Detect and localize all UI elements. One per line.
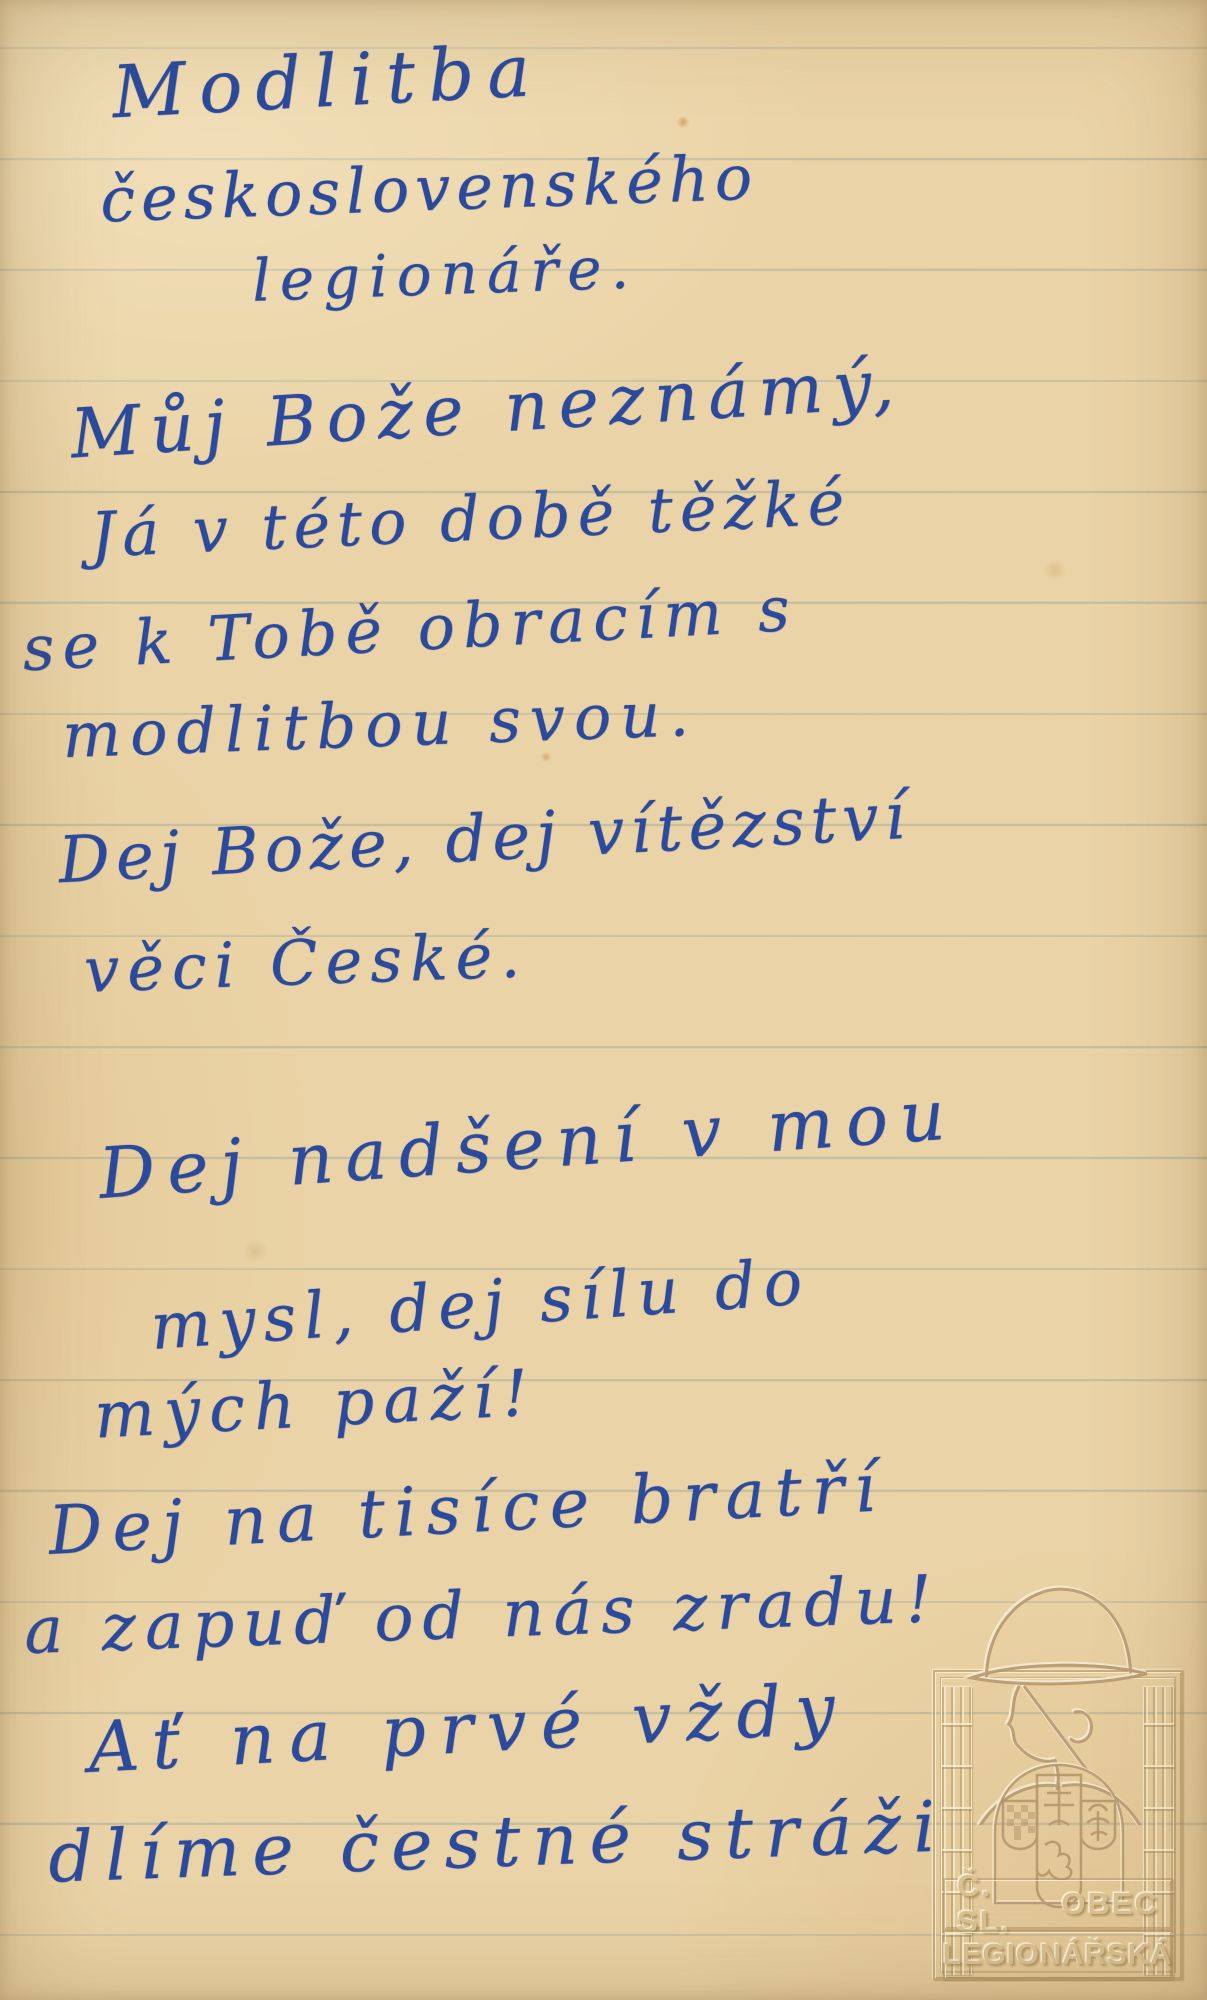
watermark-caption-row: Č. SL. OBEC (943, 1878, 1173, 1930)
watermark-name: LEGIONÁŘSKÁ (943, 1939, 1173, 1972)
handwritten-line: věci České. (83, 922, 529, 1003)
legionnaire-watermark: Č. SL. OBEC LEGIONÁŘSKÁ (933, 1575, 1185, 1980)
handwritten-line: československého (99, 145, 759, 233)
handwritten-line: Ať na prvé vždy (87, 1672, 851, 1785)
handwritten-line: Dej Bože, dej vítězství (57, 784, 913, 896)
handwritten-line: Dej nadšení v mou (96, 1078, 959, 1211)
handwritten-line: dlíme čestné stráži (47, 1790, 949, 1895)
handwritten-line: se k Tobě obracím s (21, 576, 799, 682)
document-title: Modlitba (110, 33, 545, 131)
handwritten-line: Dej na tisíce bratří (47, 1452, 887, 1566)
handwritten-line: mysl, dej sílu do (148, 1249, 812, 1362)
watermark-obec: OBEC (1061, 1886, 1159, 1922)
paper-stain (676, 116, 690, 128)
handwritten-line: Můj Bože neznámý, (69, 349, 906, 471)
watermark-name-row: LEGIONÁŘSKÁ (943, 1930, 1173, 1980)
paper-stain (1042, 560, 1068, 580)
paper-stain (240, 1240, 270, 1262)
handwritten-line: modlitbou svou. (61, 681, 699, 768)
notebook-page: Č. SL. OBEC LEGIONÁŘSKÁ Modlitba českosl… (0, 0, 1207, 2000)
handwritten-line: mých paží! (93, 1360, 539, 1450)
handwritten-line: legionáře. (251, 237, 639, 311)
handwritten-line: a zapuď od nás zradu! (23, 1566, 942, 1666)
handwritten-line: Já v této době těžké (89, 469, 853, 567)
